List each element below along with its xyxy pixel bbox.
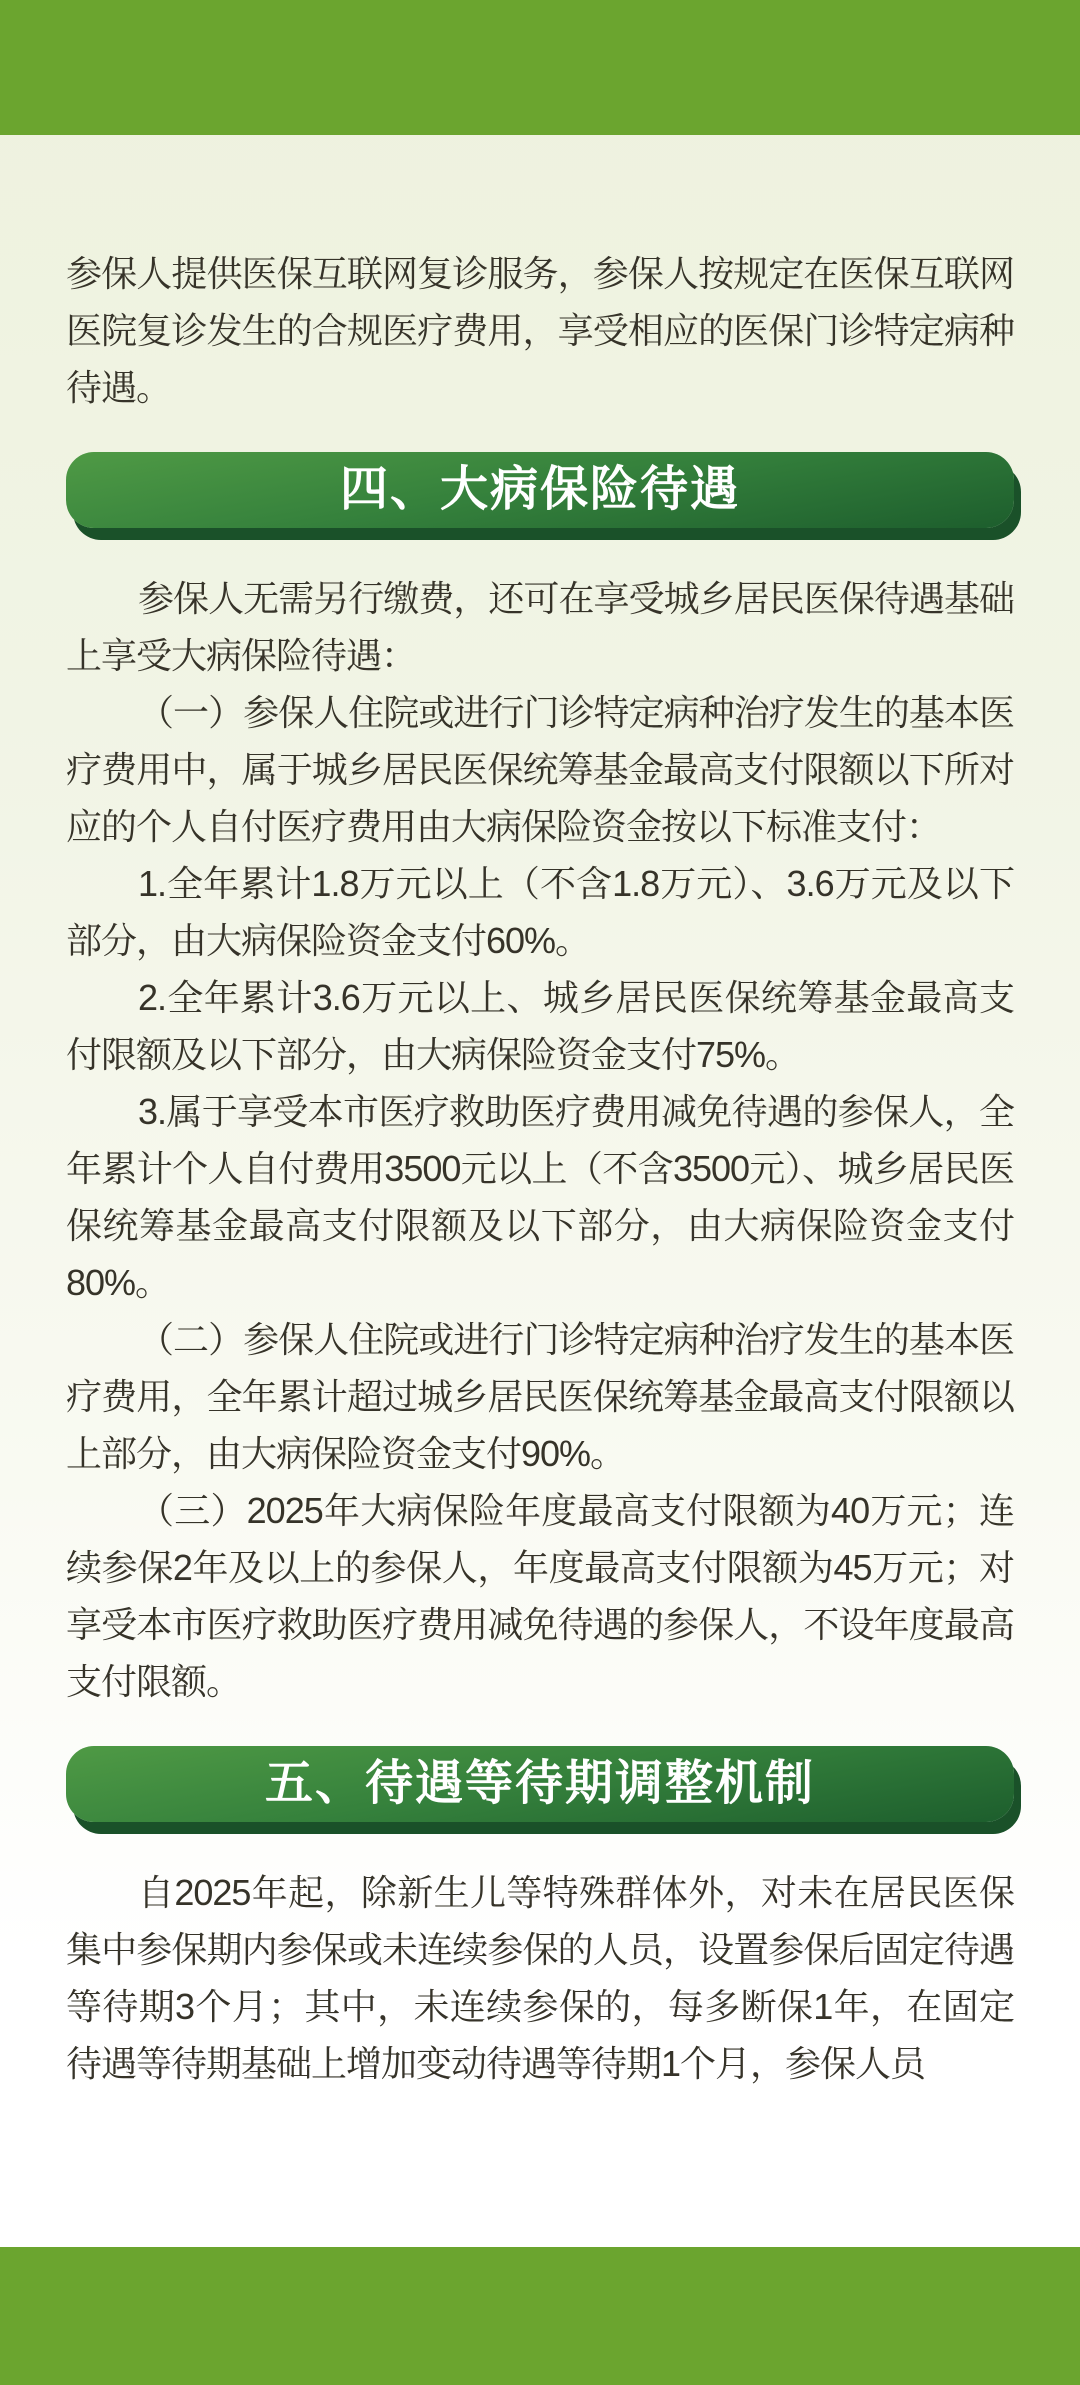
section-title: 五、待遇等待期调整机制 (265, 1760, 815, 1808)
section-banner-major-illness: 四、大病保险待遇 (66, 452, 1014, 528)
section-banner-waiting-period: 五、待遇等待期调整机制 (66, 1746, 1014, 1822)
policy-poster-page: 参保人提供医保互联网复诊服务，参保人按规定在医保互联网医院复诊发生的合规医疗费用… (0, 0, 1080, 2385)
body-paragraph: 参保人无需另行缴费，还可在享受城乡居民医保待遇基础上享受大病保险待遇： (66, 570, 1014, 684)
body-paragraph: （二）参保人住院或进行门诊特定病种治疗发生的基本医疗费用，全年累计超过城乡居民医… (66, 1311, 1014, 1482)
body-paragraph: 自2025年起，除新生儿等特殊群体外，对未在居民医保集中参保期内参保或未连续参保… (66, 1864, 1014, 2092)
body-paragraph: （三）2025年大病保险年度最高支付限额为40万元；连续参保2年及以上的参保人，… (66, 1482, 1014, 1710)
body-paragraph: 1.全年累计1.8万元以上（不含1.8万元）、3.6万元及以下部分，由大病保险资… (66, 855, 1014, 969)
top-band (0, 0, 1080, 135)
content-area: 参保人提供医保互联网复诊服务，参保人按规定在医保互联网医院复诊发生的合规医疗费用… (0, 135, 1080, 2092)
body-paragraph: 3.属于享受本市医疗救助医疗费用减免待遇的参保人，全年累计个人自付费用3500元… (66, 1083, 1014, 1311)
body-paragraph: （一）参保人住院或进行门诊特定病种治疗发生的基本医疗费用中，属于城乡居民医保统筹… (66, 684, 1014, 855)
intro-paragraph: 参保人提供医保互联网复诊服务，参保人按规定在医保互联网医院复诊发生的合规医疗费用… (66, 245, 1014, 416)
section-title: 四、大病保险待遇 (340, 466, 740, 514)
body-paragraph: 2.全年累计3.6万元以上、城乡居民医保统筹基金最高支付限额及以下部分，由大病保… (66, 969, 1014, 1083)
bottom-band (0, 2247, 1080, 2385)
